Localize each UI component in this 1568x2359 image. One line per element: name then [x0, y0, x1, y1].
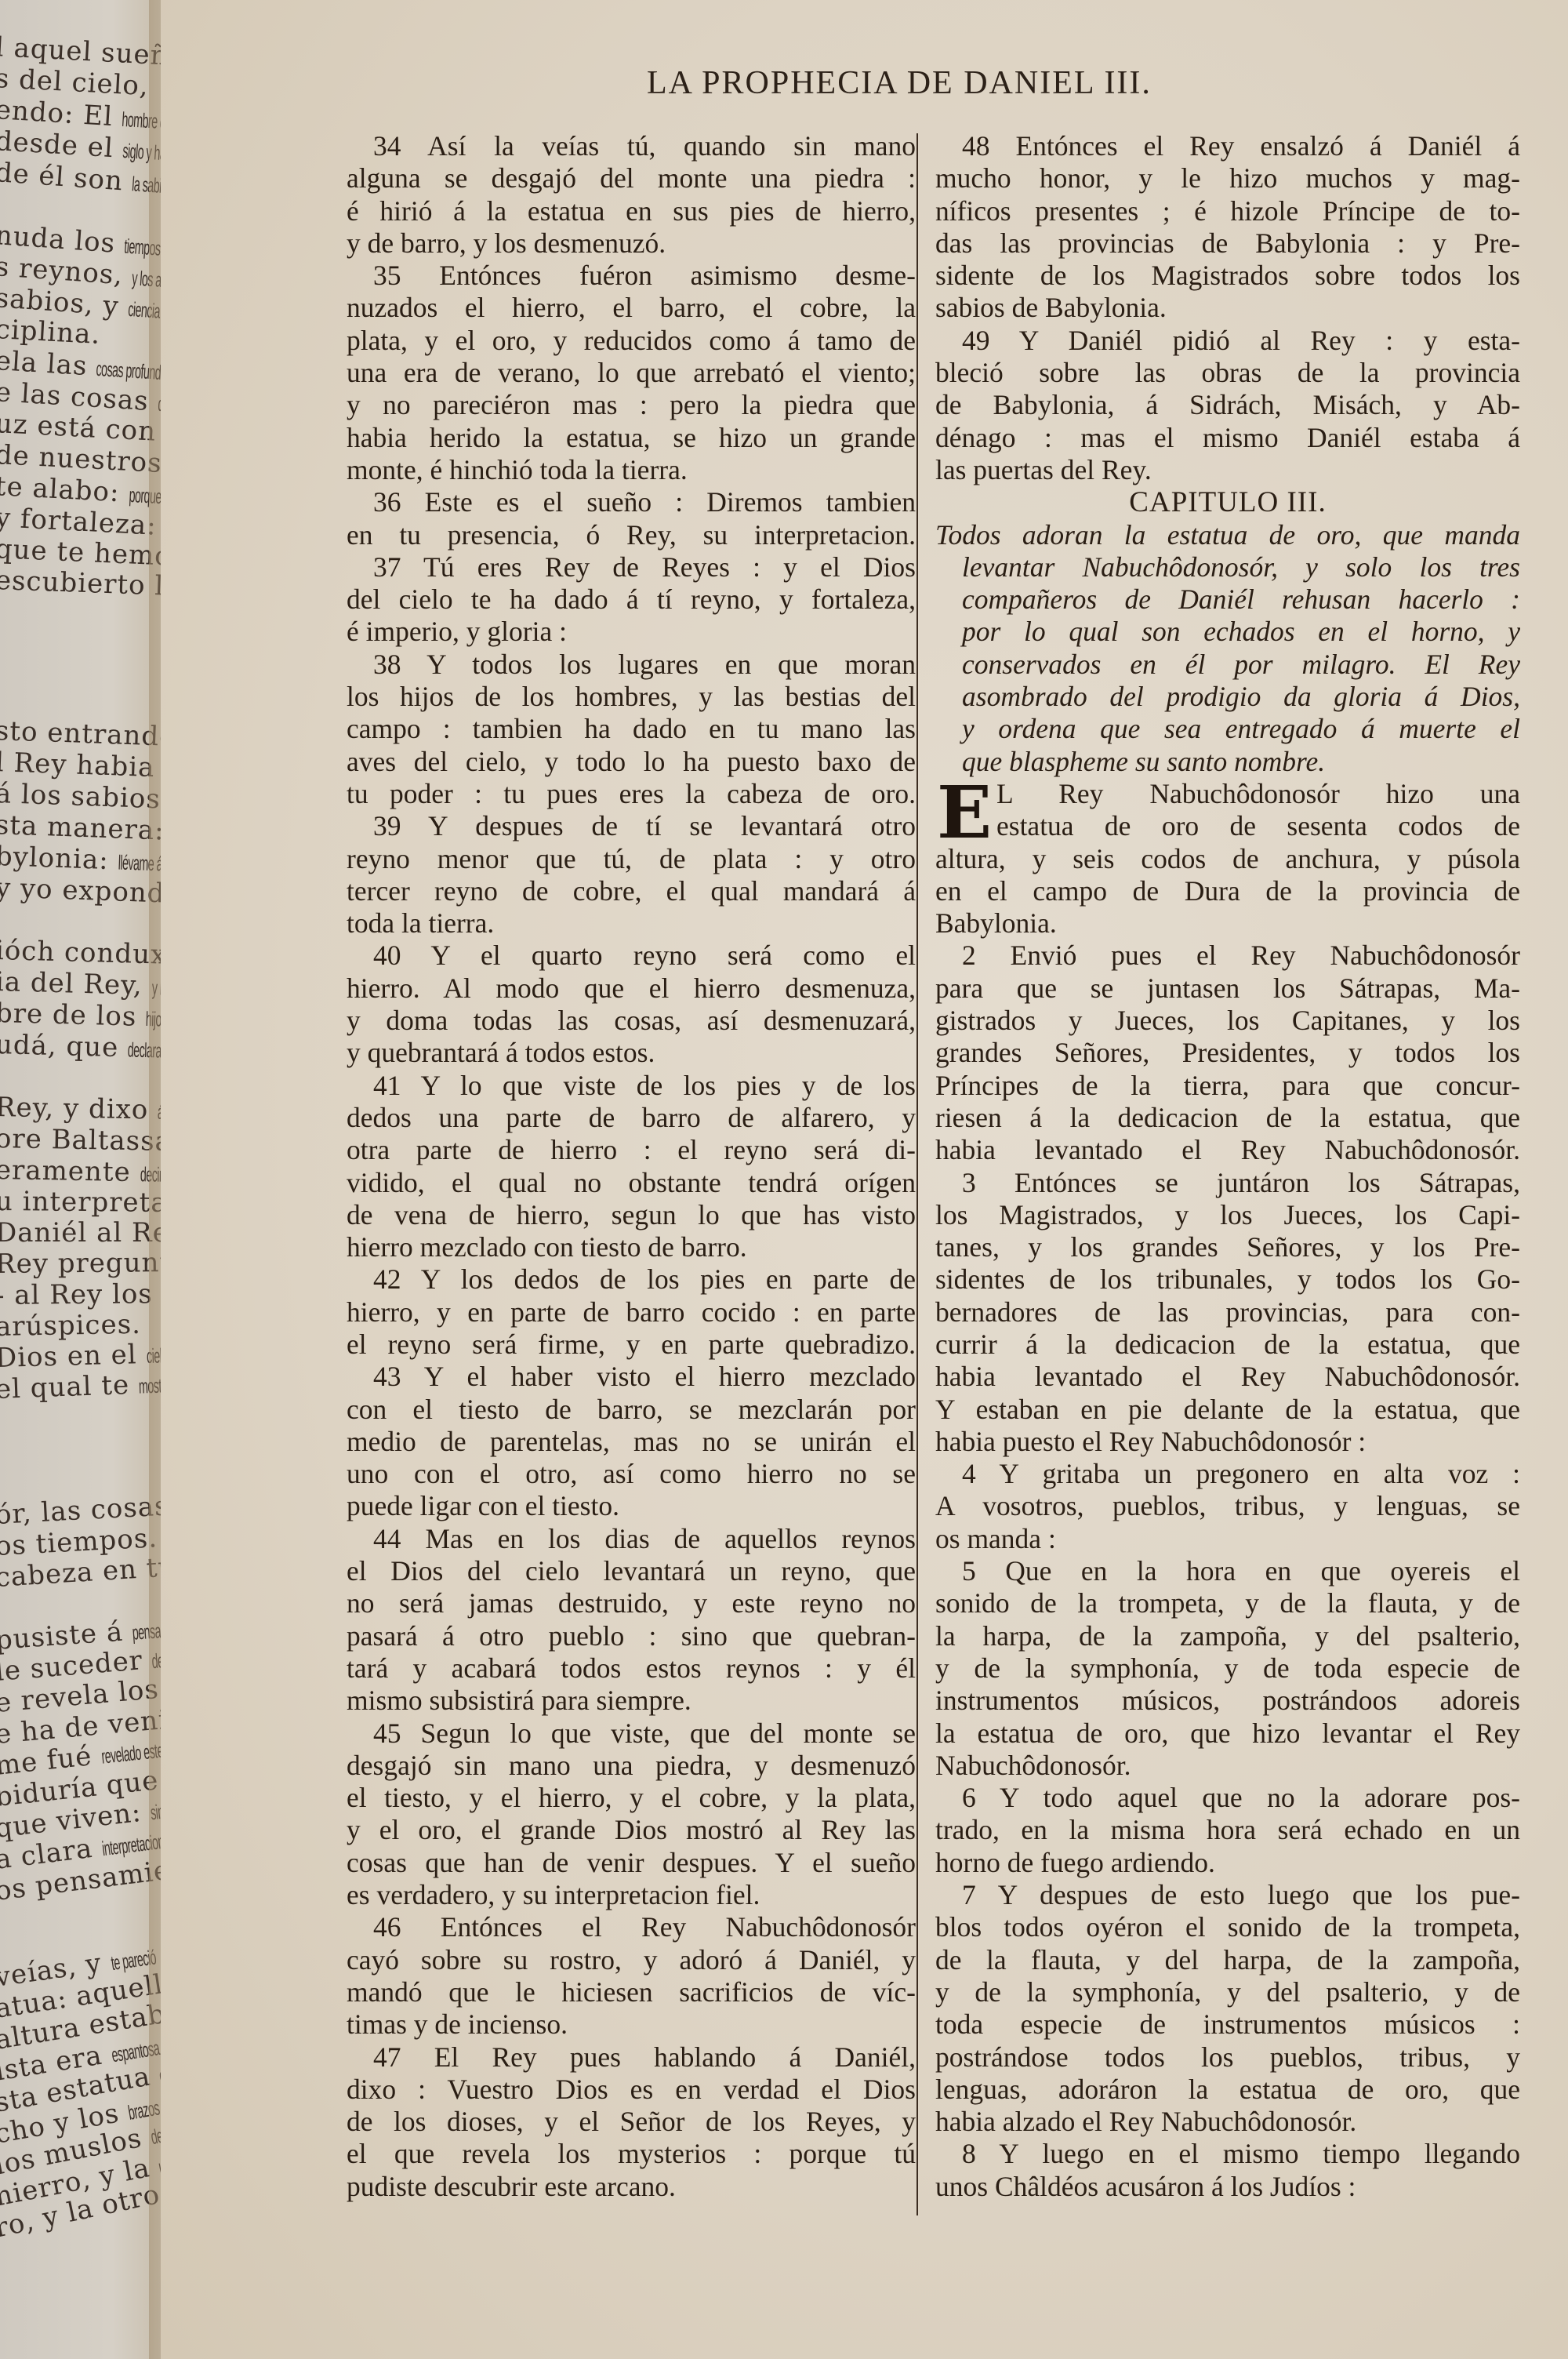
text-line: dixo : Vuestro Dios es en verdad el Dios — [347, 2074, 916, 2106]
text-line: pudiste descubrir este arcano. — [347, 2171, 916, 2203]
text-line: 6 Y todo aquel que no la adorare pos- — [935, 1782, 1520, 1814]
facing-text-line: Rey pregunta, no se — [0, 1246, 161, 1280]
text-line: medio de parentelas, mas no se unirán el — [347, 1426, 916, 1458]
text-line: 3 Entónces se juntáron los Sátrapas, — [935, 1167, 1520, 1199]
text-line: hierro. Al modo que el hierro desmenuza, — [347, 972, 916, 1005]
summary-line: que blaspheme su santo nombre. — [935, 746, 1520, 778]
text-line: postrándose todos los pueblos, tribus, y — [935, 2041, 1520, 2074]
text-line: 7 Y despues de esto luego que los pue- — [935, 1879, 1520, 1911]
chapter-summary: Todos adoran la estatua de oro, que mand… — [935, 519, 1520, 778]
facing-text-line: arúspices. — [0, 1309, 141, 1343]
text-line: y no pareciéron mas : pero la piedra que — [347, 389, 916, 421]
text-line: riesen á la dedicacion de la estatua, qu… — [935, 1102, 1520, 1134]
facing-text-line: ciplina. — [0, 314, 101, 351]
facing-text: u interpretacion? — [0, 1186, 161, 1219]
facing-text-line: escubierto lo que de- — [0, 565, 161, 605]
facing-text: udá, que — [0, 1029, 129, 1063]
summary-line: levantar Nabuchôdonosór, y solo los tres — [935, 551, 1520, 583]
text-line: mismo subsistirá para siempre. — [347, 1685, 916, 1717]
text-line: desgajó sin mano una piedra, y desmenuzó — [347, 1750, 916, 1782]
text-line: 45 Segun lo que viste, que del monte se — [347, 1717, 916, 1750]
text-line: tanes, y los grandes Señores, y los Pre- — [935, 1231, 1520, 1263]
text-line: sabios de Babylonia. — [935, 292, 1520, 324]
text-line: sonido de la trompeta, y de la flauta, y… — [935, 1587, 1520, 1619]
text-line: 8 Y luego en el mismo tiempo llegando — [935, 2138, 1520, 2170]
text-line: el Dios del cielo levantará un reyno, qu… — [347, 1555, 916, 1587]
facing-text: Daniél al Rey, — [0, 1217, 161, 1249]
text-line: mucho honor, y le hizo muchos y mag- — [935, 162, 1520, 194]
text-line: estatua de oro de sesenta codos de — [935, 810, 1520, 842]
facing-text-line: y yo expondré al Rey — [0, 872, 161, 913]
text-line: das las provincias de Babylonia : y Pre- — [935, 227, 1520, 260]
summary-line: por lo qual son echados en el horno, y — [935, 616, 1520, 648]
text-line: é hirió á la estatua en sus pies de hier… — [347, 195, 916, 227]
text-line: pasará á otro pueblo : sino que quebran- — [347, 1620, 916, 1652]
summary-line: asombrado del prodigio da gloria á Dios, — [935, 681, 1520, 713]
text-line: cosas que han de venir despues. Y el sue… — [347, 1847, 916, 1879]
summary-line: conservados en él por milagro. El Rey — [935, 649, 1520, 681]
text-line: no será jamas destruido, y este reyno no — [347, 1587, 916, 1619]
text-line: y quebrantará á todos estos. — [347, 1037, 916, 1069]
text-line: 48 Entónces el Rey ensalzó á Daniél á — [935, 130, 1520, 162]
text-line: currir á la dedicacion de la estatua, qu… — [935, 1329, 1520, 1361]
facing-text-line: udá, que declarará al — [0, 1029, 161, 1067]
text-line: el tiesto, y el hierro, y el cobre, y la… — [347, 1782, 916, 1814]
text-line: 35 Entónces fuéron asimismo desme- — [347, 260, 916, 292]
facing-text: escubierto lo — [0, 565, 161, 603]
text-line: 44 Mas en los dias de aquellos reynos — [347, 1523, 916, 1555]
text-line: Y estaban en pie delante de la estatua, … — [935, 1394, 1520, 1426]
facing-text: ciplina. — [0, 314, 101, 351]
text-line: 49 Y Daniél pidió al Rey : y esta- — [935, 325, 1520, 357]
facing-text-line: Rey, y dixo á Daniél, — [0, 1092, 161, 1127]
text-line: en tu presencia, ó Rey, su interpretacio… — [347, 519, 916, 551]
text-line: 42 Y los dedos de los pies en parte de — [347, 1263, 916, 1296]
facing-text: ióch conduxo — [0, 935, 161, 972]
text-line: habia herido la estatua, se hizo un gran… — [347, 422, 916, 454]
text-line: 43 Y el haber visto el hierro mezclado — [347, 1361, 916, 1393]
facing-text: arúspices. — [0, 1309, 141, 1343]
right-column: 48 Entónces el Rey ensalzó á Daniél ámuc… — [935, 130, 1520, 2203]
text-line: 37 Tú eres Rey de Reyes : y el Dios — [347, 551, 916, 583]
book-page: LA PROPHECIA DE DANIEL III. 34 Así la ve… — [161, 0, 1568, 2359]
text-line: alguna se desgajó del monte una piedra : — [347, 162, 916, 194]
text-line: Babylonia. — [935, 907, 1520, 940]
facing-text: Rey, y dixo — [0, 1092, 158, 1126]
chapter-opening: E L Rey Nabuchôdonosór hizo unaestatua d… — [935, 778, 1520, 843]
chapter-2-ending-verses: 48 Entónces el Rey ensalzó á Daniél ámuc… — [935, 130, 1520, 486]
drop-cap: E — [937, 781, 992, 844]
text-line: aves del cielo, y todo lo ha puesto baxo… — [347, 746, 916, 778]
text-line: dedos una parte de barro de alfarero, y — [347, 1102, 916, 1134]
text-line: Nabuchôdonosór. — [935, 1750, 1520, 1782]
text-line: habia levantado el Rey Nabuchôdonosór. — [935, 1134, 1520, 1166]
summary-line: compañeros de Daniél rehusan hacerlo : — [935, 583, 1520, 616]
text-line: L Rey Nabuchôdonosór hizo una — [935, 778, 1520, 810]
text-line: tu poder : tu pues eres la cabeza de oro… — [347, 778, 916, 810]
text-line: bernadores de las provincias, para con- — [935, 1296, 1520, 1329]
opening-lines: L Rey Nabuchôdonosór hizo unaestatua de … — [935, 778, 1520, 843]
chapter-3-verses: altura, y seis codos de anchura, y púsol… — [935, 843, 1520, 2203]
text-line: A vosotros, pueblos, tribus, y lenguas, … — [935, 1490, 1520, 1522]
text-line: 47 El Rey pues hablando á Daniél, — [347, 2041, 916, 2074]
text-line: la estatua de oro, que hizo levantar el … — [935, 1717, 1520, 1750]
text-line: campo : tambien ha dado en tu mano las — [347, 713, 916, 745]
text-line: altura, y seis codos de anchura, y púsol… — [935, 843, 1520, 875]
facing-text: ia del Rey, — [0, 966, 152, 1001]
text-line: otra parte de hierro : el reyno será di- — [347, 1134, 916, 1166]
text-line: y el oro, el grande Dios mostró al Rey l… — [347, 1814, 916, 1846]
text-line: 38 Y todos los lugares en que moran — [347, 649, 916, 681]
text-line: habia alzado el Rey Nabuchôdonosór. — [935, 2106, 1520, 2138]
text-line: y de la symphonía, y del psalterio, y de — [935, 1976, 1520, 2008]
facing-text: ore Baltassar: — [0, 1123, 161, 1158]
text-line: monte, é hinchió toda la tierra. — [347, 454, 916, 486]
facing-page-fragment: l aquel sueño: y ben-s del cielo, endo: … — [0, 0, 161, 2359]
text-line: nuzados el hierro, el barro, el cobre, l… — [347, 292, 916, 324]
facing-text: Rey pregunta, — [0, 1247, 161, 1280]
text-line: de vena de hierro, segun lo que has vist… — [347, 1199, 916, 1231]
text-line: de la flauta, y del harpa, de la zampoña… — [935, 1944, 1520, 1976]
summary-line: Todos adoran la estatua de oro, que mand… — [935, 519, 1520, 551]
text-line: uno con el otro, así como hierro no se — [347, 1458, 916, 1490]
text-line: 40 Y el quarto reyno será como el — [347, 940, 916, 972]
text-line: vidido, el qual no obstante tendrá oríge… — [347, 1167, 916, 1199]
facing-text: el qual te — [0, 1369, 140, 1405]
text-line: os manda : — [935, 1523, 1520, 1555]
text-line: cayó sobre su rostro, y adoró á Daniél, … — [347, 1944, 916, 1976]
text-line: los hijos de los hombres, y las bestias … — [347, 681, 916, 713]
summary-line: y ordena que sea entregado á muerte el — [935, 713, 1520, 745]
text-line: y doma todas las cosas, así desmenuzará, — [347, 1005, 916, 1037]
text-line: sidente de los Magistrados sobre todos l… — [935, 260, 1520, 292]
text-line: 36 Este es el sueño : Diremos tambien — [347, 486, 916, 518]
text-line: y de barro, y los desmenuzó. — [347, 227, 916, 260]
text-line: una era de verano, lo que arrebató el vi… — [347, 357, 916, 389]
text-line: bleció sobre las obras de la provincia — [935, 357, 1520, 389]
text-line: tará y acabará todos estos reynos : y él — [347, 1652, 916, 1685]
text-line: hierro, y en parte de barro cocido : en … — [347, 1296, 916, 1329]
text-line: tercer reyno de cobre, el qual mandará á — [347, 875, 916, 907]
text-line: é imperio, y gloria : — [347, 616, 916, 648]
text-line: grandes Señores, Presidentes, y todos lo… — [935, 1037, 1520, 1069]
text-line: 39 Y despues de tí se levantará otro — [347, 810, 916, 842]
text-line: toda la tierra. — [347, 907, 916, 940]
text-line: puede ligar con el tiesto. — [347, 1490, 916, 1522]
text-line: para que se juntasen los Sátrapas, Ma- — [935, 972, 1520, 1005]
text-line: 46 Entónces el Rey Nabuchôdonosór — [347, 1911, 916, 1943]
text-line: en el campo de Dura de la provincia de — [935, 875, 1520, 907]
text-line: de Babylonia, á Sidrách, Misách, y Ab- — [935, 389, 1520, 421]
facing-text: y yo expondré — [0, 872, 161, 911]
text-line: 34 Así la veías tú, quando sin mano — [347, 130, 916, 162]
text-line: sidentes de los tribunales, y todos los … — [935, 1263, 1520, 1296]
text-line: los Magistrados, y los Jueces, los Capi- — [935, 1199, 1520, 1231]
left-column-text: 34 Así la veías tú, quando sin manoalgun… — [347, 130, 916, 2203]
facing-text: bylonia: — [0, 841, 118, 876]
running-head: LA PROPHECIA DE DANIEL III. — [647, 64, 1152, 102]
text-line: habia levantado el Rey Nabuchôdonosór. — [935, 1361, 1520, 1393]
facing-text-line: Daniél al Rey, y dixo: — [0, 1217, 161, 1249]
left-column: 34 Así la veías tú, quando sin manoalgun… — [347, 130, 916, 2203]
facing-text-line: u interpretacion? — [0, 1186, 161, 1219]
text-line: trado, en la misma hora será echado en u… — [935, 1814, 1520, 1846]
text-line: reyno menor que tú, de plata : y otro — [347, 843, 916, 875]
text-line: mandó que le hiciesen sacrificios de víc… — [347, 1976, 916, 2008]
text-line: horno de fuego ardiendo. — [935, 1847, 1520, 1879]
column-divider — [916, 133, 918, 2215]
text-line: 5 Que en la hora en que oyereis el — [935, 1555, 1520, 1587]
text-line: timas y de incienso. — [347, 2008, 916, 2041]
text-line: 4 Y gritaba un pregonero en alta voz : — [935, 1458, 1520, 1490]
text-line: las puertas del Rey. — [935, 454, 1520, 486]
text-line: blos todos oyéron el sonido de la trompe… — [935, 1911, 1520, 1943]
text-line: y de la symphonía, y de toda especie de — [935, 1652, 1520, 1685]
text-line: lenguas, adoráron la estatua de oro, que — [935, 2074, 1520, 2106]
text-line: 2 Envió pues el Rey Nabuchôdonosór — [935, 940, 1520, 972]
text-line: instrumentos músicos, postrándoos adorei… — [935, 1685, 1520, 1717]
text-line: unos Châldéos acusáron á los Judíos : — [935, 2171, 1520, 2203]
text-line: es verdadero, y su interpretacion fiel. — [347, 1879, 916, 1911]
text-line: 41 Y lo que viste de los pies y de los — [347, 1070, 916, 1102]
text-line: dénago : mas el mismo Daniél estaba á — [935, 422, 1520, 454]
text-line: con el tiesto de barro, se mezclarán por — [347, 1394, 916, 1426]
facing-text-line: eramente decirme el — [0, 1154, 161, 1190]
text-line: el reyno será firme, y en parte quebradi… — [347, 1329, 916, 1361]
text-line: hierro mezclado con tiesto de barro. — [347, 1231, 916, 1263]
text-line: la harpa, de la zampoña, y del psalterio… — [935, 1620, 1520, 1652]
text-line: Príncipes de la tierra, para que concur- — [935, 1070, 1520, 1102]
text-line: plata, y el oro, y reducidos como á tamo… — [347, 325, 916, 357]
facing-text: eramente — [0, 1154, 140, 1188]
text-line: habia puesto el Rey Nabuchôdonosór : — [935, 1426, 1520, 1458]
text-line: níficos presentes ; é hizole Príncipe de… — [935, 195, 1520, 227]
text-line: el que revela los mysterios : porque tú — [347, 2138, 916, 2170]
text-line: del cielo te ha dado á tí reyno, y forta… — [347, 583, 916, 616]
chapter-title: CAPITULO III. — [935, 486, 1520, 518]
text-line: toda especie de instrumentos músicos : — [935, 2008, 1520, 2041]
text-line: de los dioses, y el Señor de los Reyes, … — [347, 2106, 916, 2138]
facing-text-line: ore Baltassar: ¿Crees — [0, 1123, 161, 1159]
text-line: gistrados y Jueces, los Capitanes, y los — [935, 1005, 1520, 1037]
facing-text: bre de los — [0, 998, 147, 1033]
facing-text: - al Rey los — [0, 1278, 161, 1311]
facing-text-line: - al Rey los sabios — [0, 1278, 161, 1311]
